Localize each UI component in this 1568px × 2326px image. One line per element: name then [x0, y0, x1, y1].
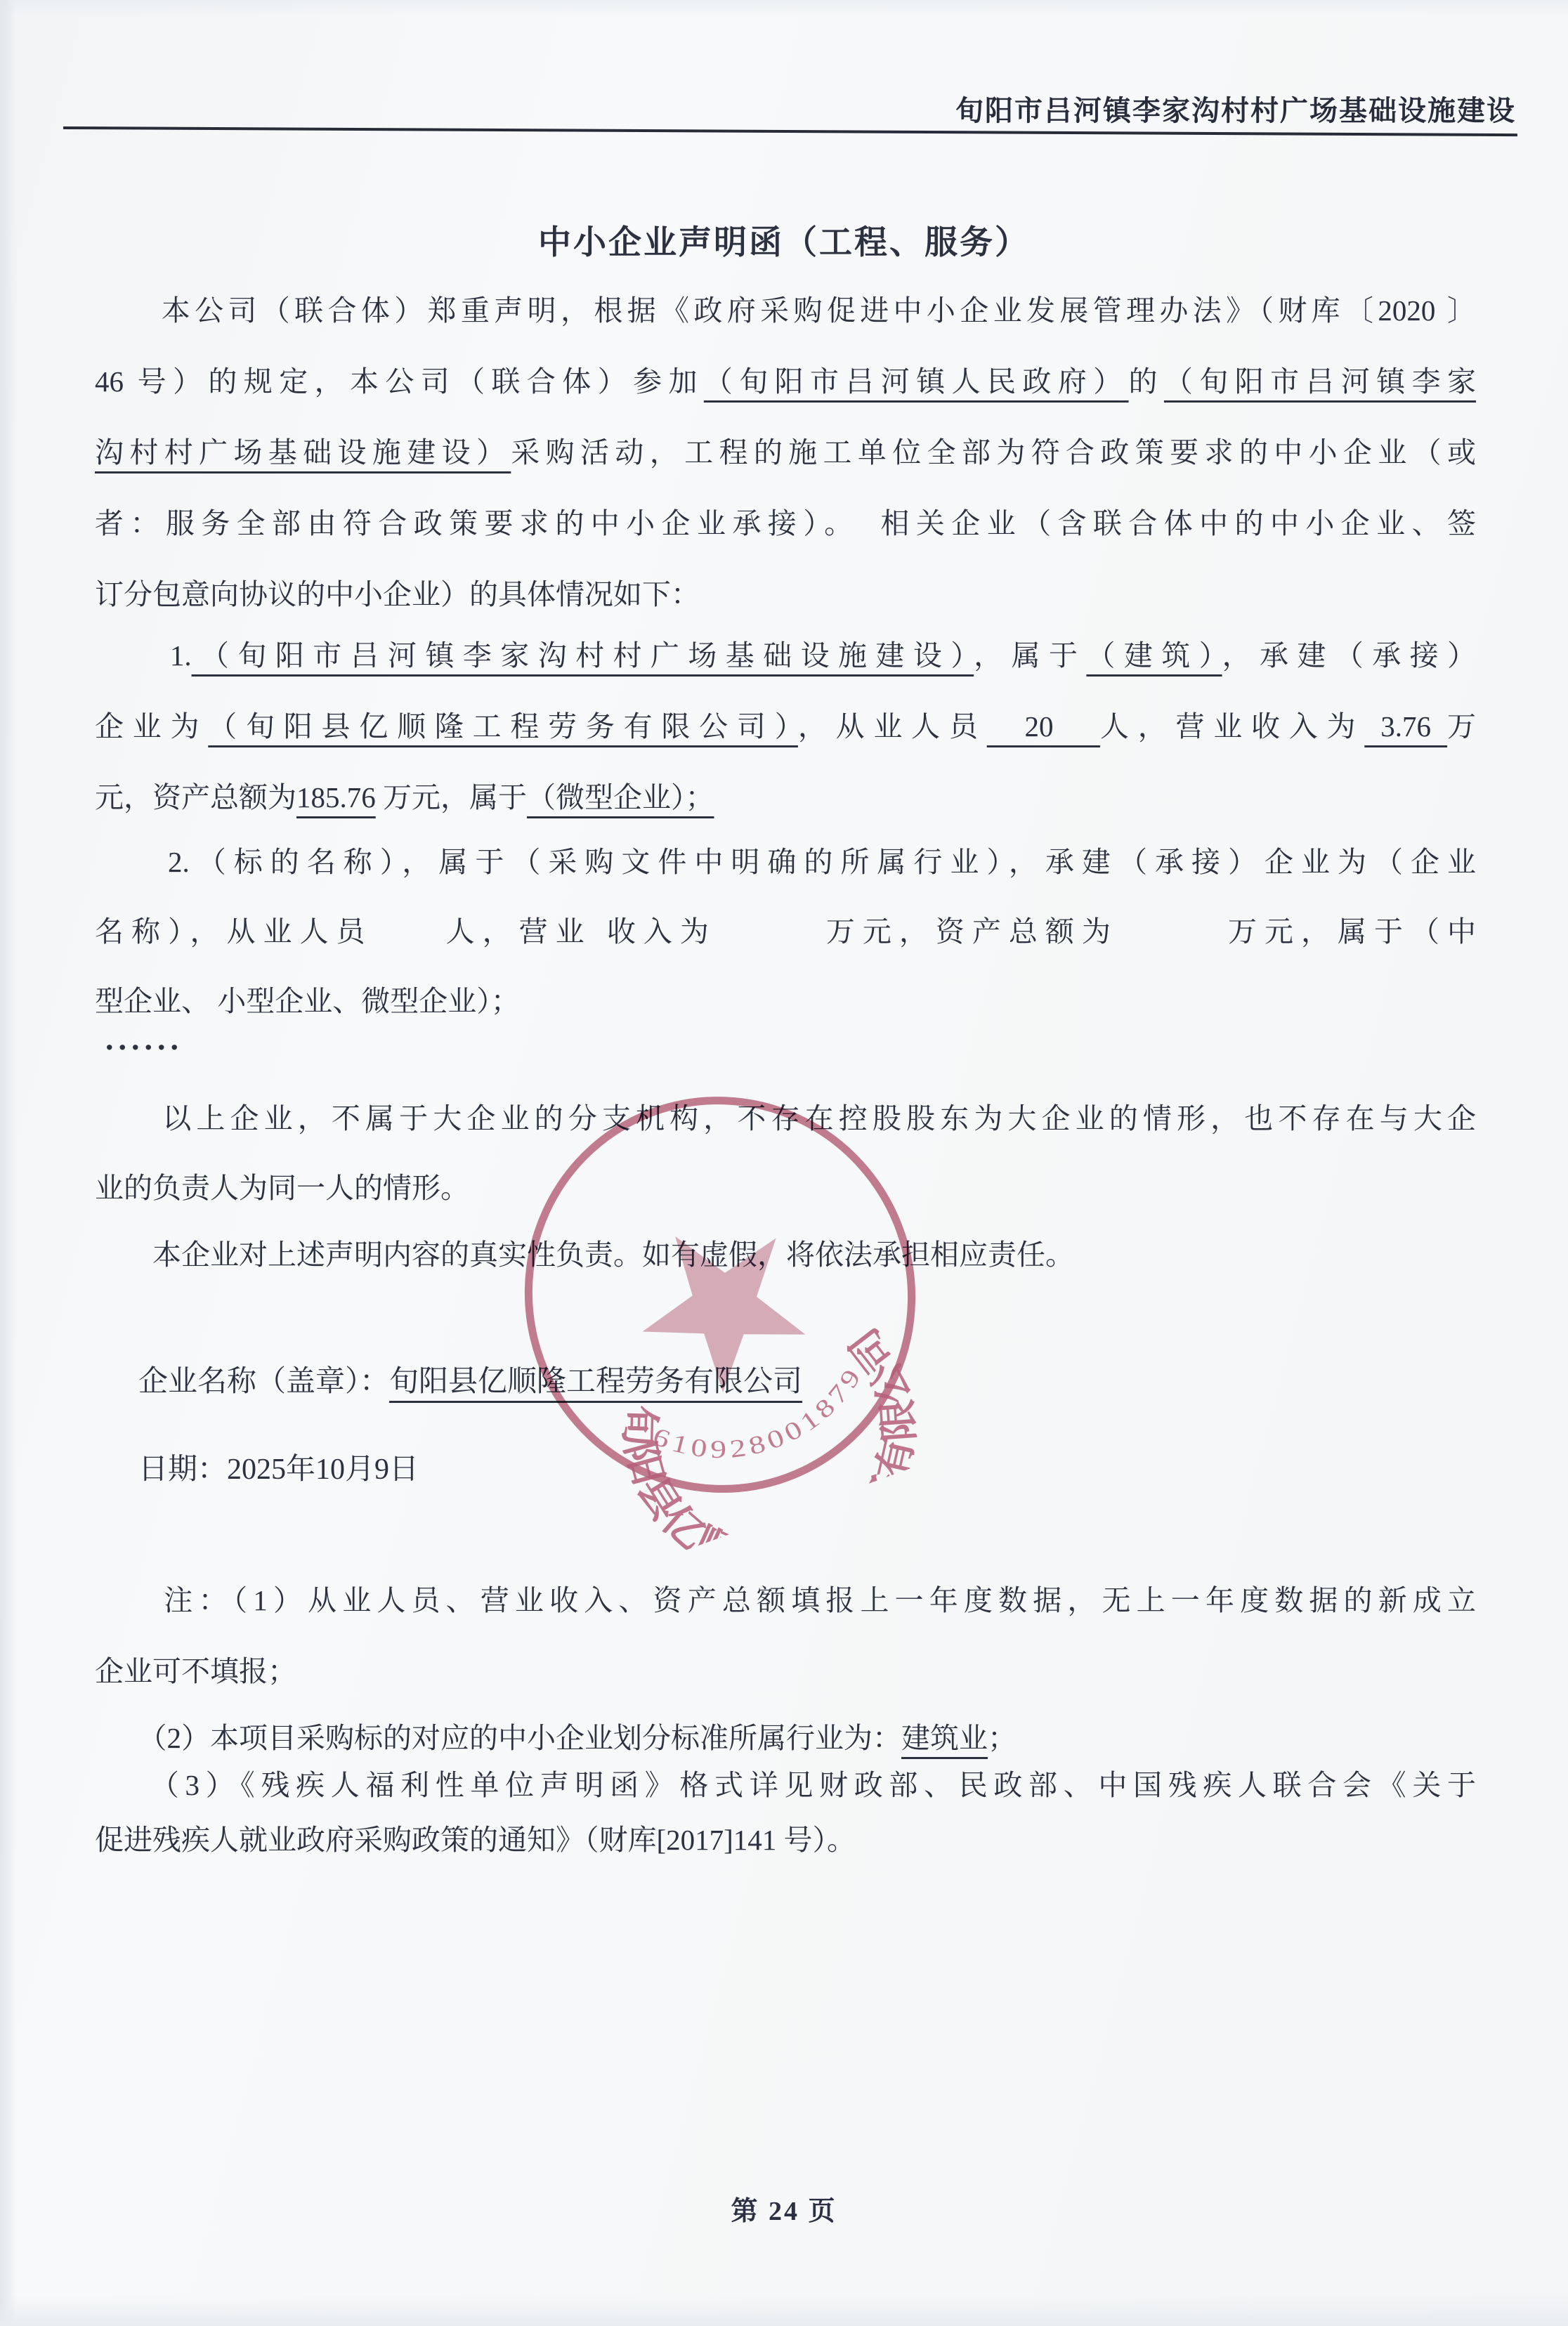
text-segment: 本公司（联合体）郑重声明，根据《政府采购促进中小企业发展管理办法》（财库〔202…: [95, 294, 1476, 327]
underlined-fill-in: （旬阳县亿顺隆工程劳务有限公司）: [208, 710, 798, 743]
text-segment: 以上企业，不属于大企业的分支机构，不存在控股股东为大企业的情形，也不存在与大企: [95, 1102, 1476, 1135]
text-segment: （3）《残疾人福利性单位声明函》格式详见财政部、民政部、中国残疾人联合会《关于: [95, 1769, 1476, 1801]
text-segment: 本企业对上述声明内容的真实性负责。如有虚假，将依法承担相应责任。: [95, 1239, 1074, 1271]
paragraph-responsibility: 本企业对上述声明内容的真实性负责。如有虚假，将依法承担相应责任。: [95, 1220, 1476, 1291]
text-segment: 万: [1447, 710, 1476, 743]
text-line: 46 号）的规定，本公司（联合体）参加（旬阳市吕河镇人民政府）的（旬阳市吕河镇李…: [95, 346, 1476, 417]
text-line: 者：服务全部由符合政策要求的中小企业承接）。 相关企业（含联合体中的中小企业、签: [95, 488, 1476, 559]
underlined-fill-in: （微型企业）；: [527, 781, 714, 814]
text-segment: 企业可不填报；: [95, 1655, 296, 1687]
header-project-title: 旬阳市吕河镇李家沟村村广场基础设施建设: [955, 89, 1516, 129]
text-segment: ；: [988, 1722, 1017, 1754]
date-value: 2025年10月9日: [227, 1453, 419, 1486]
text-line: 型企业、 小型企业、微型企业）；: [95, 967, 1476, 1036]
text-segment: （2）本项目采购标的对应的中小企业划分标准所属行业为：: [95, 1722, 901, 1754]
underlined-fill-in: 185.76: [296, 781, 376, 814]
text-segment: 企业为: [95, 710, 208, 743]
text-segment: 人，营业收入为: [1100, 710, 1364, 743]
text-segment: 业的负责人为同一人的情形。: [95, 1172, 469, 1204]
text-segment: 46 号）的规定，本公司（联合体）参加: [95, 365, 704, 398]
text-line: 订分包意向协议的中小企业）的具体情况如下：: [95, 559, 1476, 630]
paragraph-no-branch: 以上企业，不属于大企业的分支机构，不存在控股股东为大企业的情形，也不存在与大企业…: [95, 1084, 1476, 1223]
text-segment: 促进残疾人就业政府采购政策的通知》（财库[2017]141 号）。: [95, 1824, 856, 1856]
scan-edge-top: [0, 0, 1568, 17]
text-line: 名称），从业人员 人，营业 收入为 万元，资产总额为 万元，属于（中: [95, 897, 1476, 967]
date-label: 日期：: [138, 1453, 227, 1486]
text-segment: 订分包意向协议的中小企业）的具体情况如下：: [95, 578, 700, 610]
underlined-fill-in: （旬阳市吕河镇李家: [1164, 365, 1476, 398]
text-line: 1.（旬阳市吕河镇李家沟村村广场基础设施建设），属于（建筑），承建（承接）: [95, 620, 1476, 691]
text-line: （3）《残疾人福利性单位声明函》格式详见财政部、民政部、中国残疾人联合会《关于: [95, 1758, 1476, 1812]
text-segment: 采购活动，工程的施工单位全部为符合政策要求的中小企业（或: [511, 436, 1476, 469]
paragraph-item-1: 1.（旬阳市吕河镇李家沟村村广场基础设施建设），属于（建筑），承建（承接）企业为…: [95, 620, 1476, 833]
page-number-footer: 第 24 页: [0, 2189, 1568, 2228]
text-segment: 元，资产总额为: [95, 781, 296, 814]
company-name-underlined: 旬阳县亿顺隆工程劳务有限公司: [389, 1366, 802, 1398]
text-segment: ，承建（承接）: [1222, 639, 1476, 672]
text-line: 企业为（旬阳县亿顺隆工程劳务有限公司），从业人员 20 人，营业收入为 3.76…: [95, 691, 1476, 762]
underlined-fill-in: 建筑业: [901, 1722, 988, 1754]
text-segment: 2.（标的名称），属于（采购文件中明确的所属行业），承建（承接）企业为（企业: [95, 846, 1476, 878]
seal-company-arc: 旬阳县亿顺隆工程劳务有限公司: [599, 1306, 965, 1588]
text-line: 业的负责人为同一人的情形。: [95, 1154, 1476, 1223]
text-line: 本公司（联合体）郑重声明，根据《政府采购促进中小企业发展管理办法》（财库〔202…: [95, 275, 1476, 346]
signature-company-line: 企业名称（盖章）：旬阳县亿顺隆工程劳务有限公司: [138, 1358, 802, 1400]
text-segment: ，从业人员: [798, 710, 987, 743]
text-line: 以上企业，不属于大企业的分支机构，不存在控股股东为大企业的情形，也不存在与大企: [95, 1084, 1476, 1154]
text-line: 2.（标的名称），属于（采购文件中明确的所属行业），承建（承接）企业为（企业: [95, 828, 1476, 897]
scan-edge-left: [0, 0, 17, 2326]
paragraph-declaration: 本公司（联合体）郑重声明，根据《政府采购促进中小企业发展管理办法》（财库〔202…: [95, 275, 1476, 630]
scan-edge-bottom: [0, 2295, 1568, 2326]
text-segment: 型企业、 小型企业、微型企业）；: [95, 985, 520, 1017]
text-line: 元，资产总额为185.76 万元，属于（微型企业）；: [95, 762, 1476, 833]
signature-date-line: 日期：2025年10月9日: [138, 1446, 419, 1488]
underlined-fill-in: （旬阳市吕河镇李家沟村村广场基础设施建设）: [192, 639, 974, 672]
underlined-fill-in: 20: [987, 710, 1100, 743]
underlined-fill-in: 3.76: [1364, 710, 1447, 743]
text-segment: 注：（1）从业人员、营业收入、资产总额填报上一年度数据，无上一年度数据的新成立: [95, 1584, 1476, 1616]
paragraph-item-2: 2.（标的名称），属于（采购文件中明确的所属行业），承建（承接）企业为（企业名称…: [95, 828, 1476, 1036]
text-segment: 万元，属于: [376, 781, 527, 814]
text-segment: 的: [1129, 365, 1164, 398]
document-page: 旬阳市吕河镇李家沟村村广场基础设施建设 中小企业声明函（工程、服务） 本公司（联…: [0, 0, 1568, 2326]
underlined-fill-in: （建筑）: [1086, 639, 1222, 672]
text-line: 本企业对上述声明内容的真实性负责。如有虚假，将依法承担相应责任。: [95, 1220, 1476, 1291]
text-line: 注：（1）从业人员、营业收入、资产总额填报上一年度数据，无上一年度数据的新成立: [95, 1565, 1476, 1636]
text-segment: 者：服务全部由符合政策要求的中小企业承接）。 相关企业（含联合体中的中小企业、签: [95, 507, 1476, 540]
underlined-fill-in: （旬阳市吕河镇人民政府）: [704, 365, 1129, 398]
text-segment: 名称），从业人员 人，营业 收入为 万元，资产总额为 万元，属于（中: [95, 915, 1476, 948]
text-segment: ，属于: [974, 639, 1086, 672]
company-seal-label: 企业名称（盖章）：: [138, 1366, 389, 1398]
underlined-fill-in: 沟村村广场基础设施建设）: [95, 436, 511, 469]
text-line: 沟村村广场基础设施建设）采购活动，工程的施工单位全部为符合政策要求的中小企业（或: [95, 417, 1476, 488]
text-line: 企业可不填报；: [95, 1636, 1476, 1707]
text-segment: 1.: [95, 639, 192, 672]
paragraph-note-1: 注：（1）从业人员、营业收入、资产总额填报上一年度数据，无上一年度数据的新成立企…: [95, 1565, 1476, 1707]
paragraph-note-3: （3）《残疾人福利性单位声明函》格式详见财政部、民政部、中国残疾人联合会《关于促…: [95, 1758, 1476, 1867]
document-title: 中小企业声明函（工程、服务）: [0, 216, 1568, 263]
text-line: 促进残疾人就业政府采购政策的通知》（财库[2017]141 号）。: [95, 1812, 1476, 1867]
ellipsis-line: ......: [105, 1020, 183, 1057]
